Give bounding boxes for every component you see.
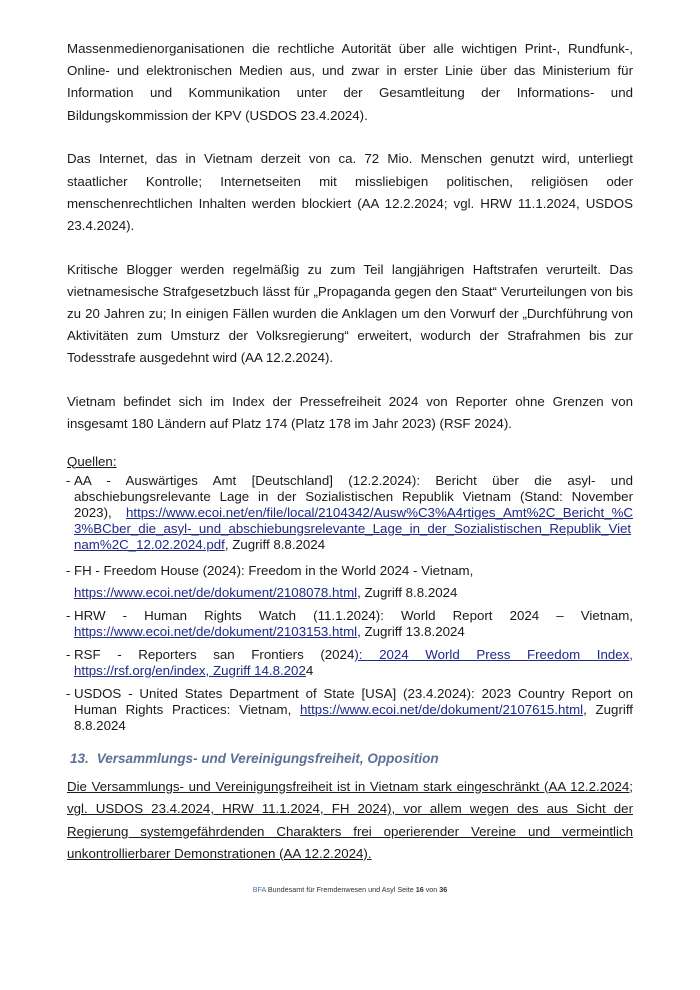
source-access-date: , Zugriff 13.8.2024 (357, 624, 465, 639)
source-link-fh[interactable]: https://www.ecoi.net/de/dokument/2108078… (74, 585, 357, 600)
source-item-hrw: - HRW - Human Rights Watch (11.1.2024): … (67, 608, 633, 640)
section-heading: 13.Versammlungs- und Vereinigungsfreihei… (70, 750, 633, 768)
page-number: 16 (416, 885, 424, 894)
footer-org: Bundesamt für Fremdenwesen und Asyl Seit… (266, 885, 416, 894)
source-item-aa: - AA - Auswärtiges Amt [Deutschland] (12… (67, 473, 633, 553)
source-item-fh: - FH - Freedom House (2024): Freedom in … (67, 560, 633, 604)
source-item-rsf: - RSF - Reporters san Frontiers (2024): … (67, 647, 633, 679)
list-dash: - (66, 686, 70, 702)
source-item-usdos: - USDOS - United States Department of St… (67, 686, 633, 734)
sources-list: - AA - Auswärtiges Amt [Deutschland] (12… (67, 473, 633, 734)
section-number: 13. (70, 751, 89, 766)
source-text: RSF - Reporters san Frontiers (2024 (74, 647, 354, 662)
source-link-hrw[interactable]: https://www.ecoi.net/de/dokument/2103153… (74, 624, 357, 639)
paragraph-internet-control: Das Internet, das in Vietnam derzeit von… (67, 148, 633, 237)
source-text: FH - Freedom House (2024): Freedom in th… (74, 563, 473, 578)
bfa-logo-text: BFA (253, 885, 266, 894)
paragraph-press-freedom-index: Vietnam befindet sich im Index der Press… (67, 391, 633, 435)
document-page: Massenmedienorganisationen die rechtlich… (67, 38, 633, 887)
sources-label: Quellen: (67, 453, 633, 471)
source-access-date: , Zugriff 8.8.2024 (225, 537, 325, 552)
source-link-aa[interactable]: https://www.ecoi.net/en/file/local/21043… (74, 505, 633, 552)
list-dash: - (66, 473, 70, 489)
list-dash: - (66, 560, 70, 582)
source-link-usdos[interactable]: https://www.ecoi.net/de/dokument/2107615… (300, 702, 583, 717)
paragraph-assembly-freedom: Die Versammlungs- und Vereinigungsfreihe… (67, 776, 633, 866)
footer-of: von (424, 885, 440, 894)
list-dash: - (66, 608, 70, 624)
paragraph-media-authority: Massenmedienorganisationen die rechtlich… (67, 38, 633, 127)
source-text: HRW - Human Rights Watch (11.1.2024): Wo… (74, 608, 633, 623)
source-access-date: , Zugriff 8.8.2024 (357, 585, 457, 600)
source-text-tail: 4 (306, 663, 313, 678)
page-footer: BFA Bundesamt für Fremdenwesen und Asyl … (0, 885, 700, 894)
section-title: Versammlungs- und Vereinigungsfreiheit, … (97, 751, 439, 766)
page-total: 36 (439, 885, 447, 894)
paragraph-critical-bloggers: Kritische Blogger werden regelmäßig zu z… (67, 259, 633, 370)
list-dash: - (66, 647, 70, 663)
